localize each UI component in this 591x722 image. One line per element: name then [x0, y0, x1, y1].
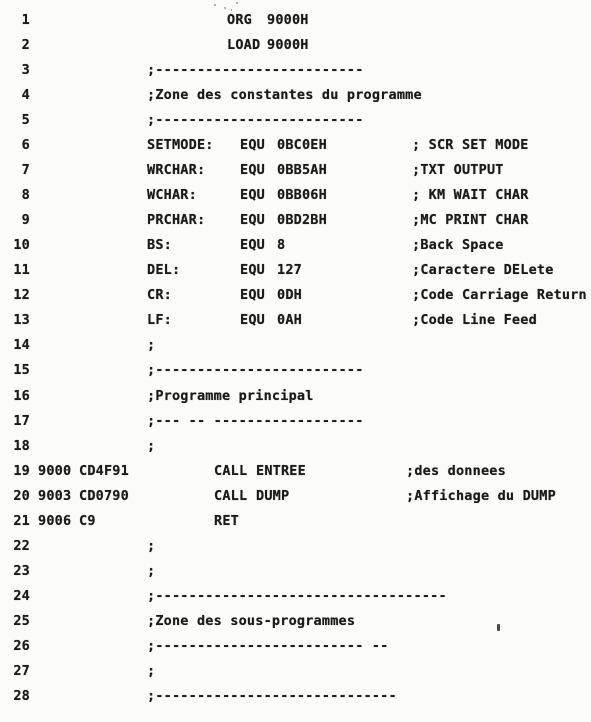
listing-line: 5 ;-------------------------: [0, 112, 591, 137]
listing-line: 8 WCHAR: EQU 0BB06H ; KM WAIT CHAR: [0, 187, 591, 212]
address: 9006: [38, 513, 71, 529]
comment-text: ;Zone des constantes du programme: [147, 87, 422, 103]
label: BS:: [147, 237, 172, 253]
mnemonic: EQU: [240, 287, 265, 303]
comment-text: ;: [147, 438, 155, 454]
line-number: 12: [2, 287, 30, 303]
label: SETMODE:: [147, 137, 214, 153]
comment-text: ;-----------------------------: [147, 688, 397, 704]
mnemonic: ORG: [227, 12, 252, 28]
mnemonic: EQU: [240, 262, 265, 278]
listing-line: 27 ;: [0, 663, 591, 688]
address: 9003: [38, 488, 71, 504]
operand: 0BB06H: [277, 187, 327, 203]
line-number: 28: [2, 688, 30, 704]
operand: 8: [277, 237, 285, 253]
line-number: 18: [2, 438, 30, 454]
mnemonic: CALL: [214, 488, 247, 504]
line-number: 15: [2, 362, 30, 378]
comment: ;Caractere DELete: [412, 262, 554, 278]
label: WRCHAR:: [147, 162, 205, 178]
comment-text: ;: [147, 563, 155, 579]
label: CR:: [147, 287, 172, 303]
listing-line: 10 BS: EQU 8 ;Back Space: [0, 237, 591, 262]
comment: ;Back Space: [412, 237, 504, 253]
address: 9000: [38, 463, 71, 479]
line-number: 3: [2, 62, 30, 78]
comment: ; KM WAIT CHAR: [412, 187, 529, 203]
scan-speckle: [236, 2, 238, 4]
line-number: 5: [2, 112, 30, 128]
comment-text: ;-------------------------: [147, 62, 364, 78]
comment: ; SCR SET MODE: [412, 137, 529, 153]
operand: 0BB5AH: [277, 162, 327, 178]
label: LF:: [147, 312, 172, 328]
line-number: 14: [2, 337, 30, 353]
comment-text: ;Programme principal: [147, 388, 314, 404]
operand: DUMP: [256, 488, 289, 504]
listing-line: 28 ;-----------------------------: [0, 688, 591, 713]
scanned-listing-page: 1 ORG 9000H 2 LOAD 9000H 3 ;------------…: [0, 0, 591, 722]
operand: 9000H: [267, 12, 309, 28]
comment: ;Code Carriage Return: [412, 287, 587, 303]
line-number: 20: [2, 488, 30, 504]
listing-line: 7 WRCHAR: EQU 0BB5AH ;TXT OUTPUT: [0, 162, 591, 187]
listing-line: 22 ;: [0, 538, 591, 563]
comment-text: ;------------------------- --: [147, 638, 389, 654]
line-number: 21: [2, 513, 30, 529]
label: WCHAR:: [147, 187, 197, 203]
listing-line: 14 ;: [0, 337, 591, 362]
scan-speckle: [214, 4, 216, 6]
comment: ;Code Line Feed: [412, 312, 537, 328]
operand: 0BC0EH: [277, 137, 327, 153]
operand: 0AH: [277, 312, 302, 328]
comment: ;MC PRINT CHAR: [412, 212, 529, 228]
line-number: 27: [2, 663, 30, 679]
listing-line: 2 LOAD 9000H: [0, 37, 591, 62]
line-number: 23: [2, 563, 30, 579]
listing-line: 12 CR: EQU 0DH ;Code Carriage Return: [0, 287, 591, 312]
comment: ;des donnees: [406, 463, 506, 479]
line-number: 6: [2, 137, 30, 153]
comment-text: ;: [147, 337, 155, 353]
listing-line: 4 ;Zone des constantes du programme: [0, 87, 591, 112]
listing-line: 20 9003 CD0790 CALL DUMP ;Affichage du D…: [0, 488, 591, 513]
operand: 9000H: [267, 37, 309, 53]
comment-text: ;: [147, 663, 155, 679]
line-number: 26: [2, 638, 30, 654]
line-number: 8: [2, 187, 30, 203]
mnemonic: EQU: [240, 187, 265, 203]
mnemonic: EQU: [240, 137, 265, 153]
operand: ENTREE: [256, 463, 306, 479]
listing-line: 26 ;------------------------- --: [0, 638, 591, 663]
line-number: 9: [2, 212, 30, 228]
scan-speckle: [231, 9, 232, 11]
line-number: 7: [2, 162, 30, 178]
line-number: 10: [2, 237, 30, 253]
line-number: 22: [2, 538, 30, 554]
comment-text: ;Zone des sous-programmes: [147, 613, 355, 629]
comment-text: ;-------------------------: [147, 362, 364, 378]
mnemonic: EQU: [240, 162, 265, 178]
label: DEL:: [147, 262, 180, 278]
listing-line: 3 ;-------------------------: [0, 62, 591, 87]
machine-code: CD4F91: [79, 463, 129, 479]
line-number: 4: [2, 87, 30, 103]
line-number: 13: [2, 312, 30, 328]
comment-text: ;-----------------------------------: [147, 588, 447, 604]
listing-line: 1 ORG 9000H: [0, 12, 591, 37]
listing-line: 23 ;: [0, 563, 591, 588]
line-number: 11: [2, 262, 30, 278]
mnemonic: RET: [214, 513, 239, 529]
comment: ;Affichage du DUMP: [406, 488, 556, 504]
listing-line: 16 ;Programme principal: [0, 388, 591, 413]
listing-line: 6 SETMODE: EQU 0BC0EH ; SCR SET MODE: [0, 137, 591, 162]
comment-text: ;: [147, 538, 155, 554]
listing-line: 21 9006 C9 RET: [0, 513, 591, 538]
comment-text: ;-------------------------: [147, 112, 364, 128]
line-number: 1: [2, 12, 30, 28]
comment-text: ;--- -- ------------------: [147, 413, 364, 429]
line-number: 17: [2, 413, 30, 429]
operand: 0DH: [277, 287, 302, 303]
comment: ;TXT OUTPUT: [412, 162, 504, 178]
machine-code: C9: [79, 513, 96, 529]
machine-code: CD0790: [79, 488, 129, 504]
listing-line: 13 LF: EQU 0AH ;Code Line Feed: [0, 312, 591, 337]
line-number: 19: [2, 463, 30, 479]
label: PRCHAR:: [147, 212, 205, 228]
operand: 127: [277, 262, 302, 278]
mnemonic: LOAD: [227, 37, 260, 53]
listing-line: 18 ;: [0, 438, 591, 463]
mnemonic: CALL: [214, 463, 247, 479]
mnemonic: EQU: [240, 212, 265, 228]
listing-line: 25 ;Zone des sous-programmes: [0, 613, 591, 638]
listing-line: 15 ;-------------------------: [0, 362, 591, 387]
line-number: 24: [2, 588, 30, 604]
line-number: 2: [2, 37, 30, 53]
listing-line: 24 ;-----------------------------------: [0, 588, 591, 613]
listing-line: 17 ;--- -- ------------------: [0, 413, 591, 438]
scan-speckle: [224, 7, 226, 9]
listing-line: 9 PRCHAR: EQU 0BD2BH ;MC PRINT CHAR: [0, 212, 591, 237]
listing-line: 11 DEL: EQU 127 ;Caractere DELete: [0, 262, 591, 287]
line-number: 16: [2, 388, 30, 404]
operand: 0BD2BH: [277, 212, 327, 228]
listing-line: 19 9000 CD4F91 CALL ENTREE ;des donnees: [0, 463, 591, 488]
line-number: 25: [2, 613, 30, 629]
mnemonic: EQU: [240, 312, 265, 328]
mnemonic: EQU: [240, 237, 265, 253]
